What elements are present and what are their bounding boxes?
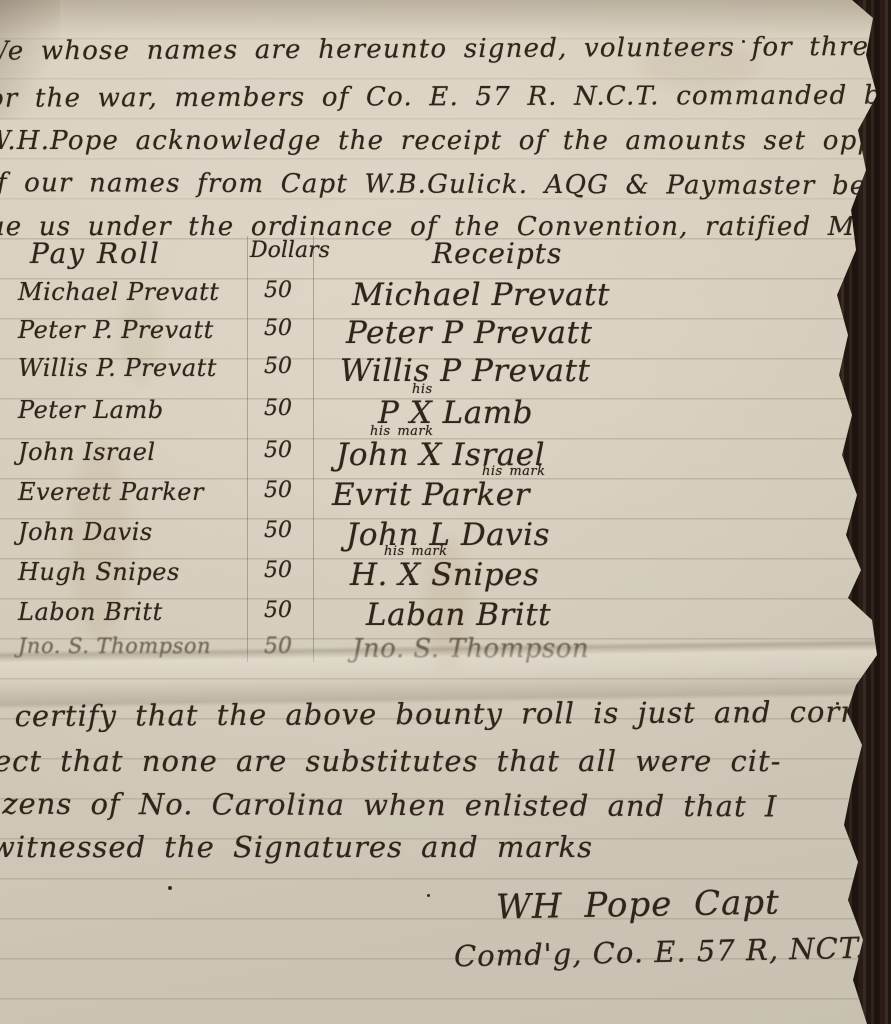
header-pay-roll: Pay Roll <box>30 240 161 268</box>
cell-name: Peter Lamb <box>18 398 164 422</box>
table-row: Willis P. Prevatt 50 Willis P Prevatt <box>0 356 891 396</box>
cell-dollars: 50 <box>264 600 292 622</box>
cell-dollars: 50 <box>264 318 292 340</box>
table-row: Everett Parker 50 Evrit Parkerhis mark <box>0 480 891 520</box>
table-row: Peter Lamb 50 P X Lambhis <box>0 398 891 438</box>
his-mark-note: his mark <box>482 465 546 478</box>
table-header-row: Pay Roll Dollars Receipts <box>0 240 891 280</box>
cell-receipt-signature: Evrit Parkerhis mark <box>332 480 530 511</box>
certification-line: witnessed the Signatures and marks <box>0 833 593 862</box>
signature-command: Comd'g, Co. E. 57 R, NCT. <box>454 934 866 972</box>
cell-name: John Davis <box>18 520 153 544</box>
ink-speck <box>168 886 172 890</box>
document-photo: We whose names are hereunto signed, volu… <box>0 0 891 1024</box>
paragraph-line: W.H.Pope acknowledge the receipt of the … <box>0 128 891 154</box>
cell-receipt-signature: Peter P Prevatt <box>346 318 592 349</box>
paragraph-line: We whose names are hereunto signed, volu… <box>0 33 891 64</box>
cell-dollars: 50 <box>264 520 292 542</box>
cell-name: Everett Parker <box>18 480 204 504</box>
paragraph-line: of our names from Capt W.B.Gulick. AQG &… <box>0 170 891 200</box>
cell-dollars: 50 <box>264 398 292 420</box>
cell-name: Willis P. Prevatt <box>18 356 217 380</box>
cell-dollars: 50 <box>264 636 292 658</box>
his-mark-note: his mark <box>370 425 434 438</box>
header-receipts: Receipts <box>432 240 562 268</box>
cell-dollars: 50 <box>264 440 292 462</box>
certification-line: I certify that the above bounty roll is … <box>0 698 855 732</box>
top-edge-shadow <box>0 0 891 36</box>
table-row: Jno. S. Thompson 50 Jno. S. Thompson <box>0 636 891 676</box>
cell-name: Michael Prevatt <box>18 280 219 304</box>
table-row: John Israel 50 John X Israelhis mark <box>0 440 891 480</box>
cell-dollars: 50 <box>264 280 292 302</box>
table-row: Peter P. Prevatt 50 Peter P Prevatt <box>0 318 891 358</box>
cell-dollars: 50 <box>264 480 292 502</box>
signature-name: WH Pope Capt <box>496 886 780 925</box>
paragraph-line: or the war, members of Co. E. 57 R. N.C.… <box>0 82 891 111</box>
certification-line: izens of No. Carolina when enlisted and … <box>0 790 777 822</box>
table-row: Hugh Snipes 50 H. X Snipeshis mark <box>0 560 891 600</box>
cell-name: Labon Britt <box>18 600 163 624</box>
header-dollars: Dollars <box>250 240 330 262</box>
cell-receipt-signature: Willis P Prevatt <box>340 356 590 387</box>
cell-receipt-signature: H. X Snipeshis mark <box>350 560 539 591</box>
cell-receipt-signature: Jno. S. Thompson <box>352 636 589 662</box>
cell-dollars: 50 <box>264 356 292 378</box>
certification-line: ect that none are substitutes that all w… <box>0 747 781 776</box>
cell-name: Hugh Snipes <box>18 560 180 584</box>
ink-speck <box>427 894 430 897</box>
his-mark-note: his mark <box>384 545 448 558</box>
his-mark-note: his <box>412 383 433 396</box>
cell-receipt-signature: Laban Britt <box>366 600 551 631</box>
cell-receipt-signature: Michael Prevatt <box>352 280 610 311</box>
cell-name: Peter P. Prevatt <box>18 318 214 342</box>
cell-name: John Israel <box>18 440 156 464</box>
cell-dollars: 50 <box>264 560 292 582</box>
cell-receipt-signature: John L Davis <box>346 520 550 551</box>
document-paper: We whose names are hereunto signed, volu… <box>0 0 891 1024</box>
cell-name: Jno. S. Thompson <box>18 636 211 657</box>
table-row: Michael Prevatt 50 Michael Prevatt <box>0 280 891 320</box>
